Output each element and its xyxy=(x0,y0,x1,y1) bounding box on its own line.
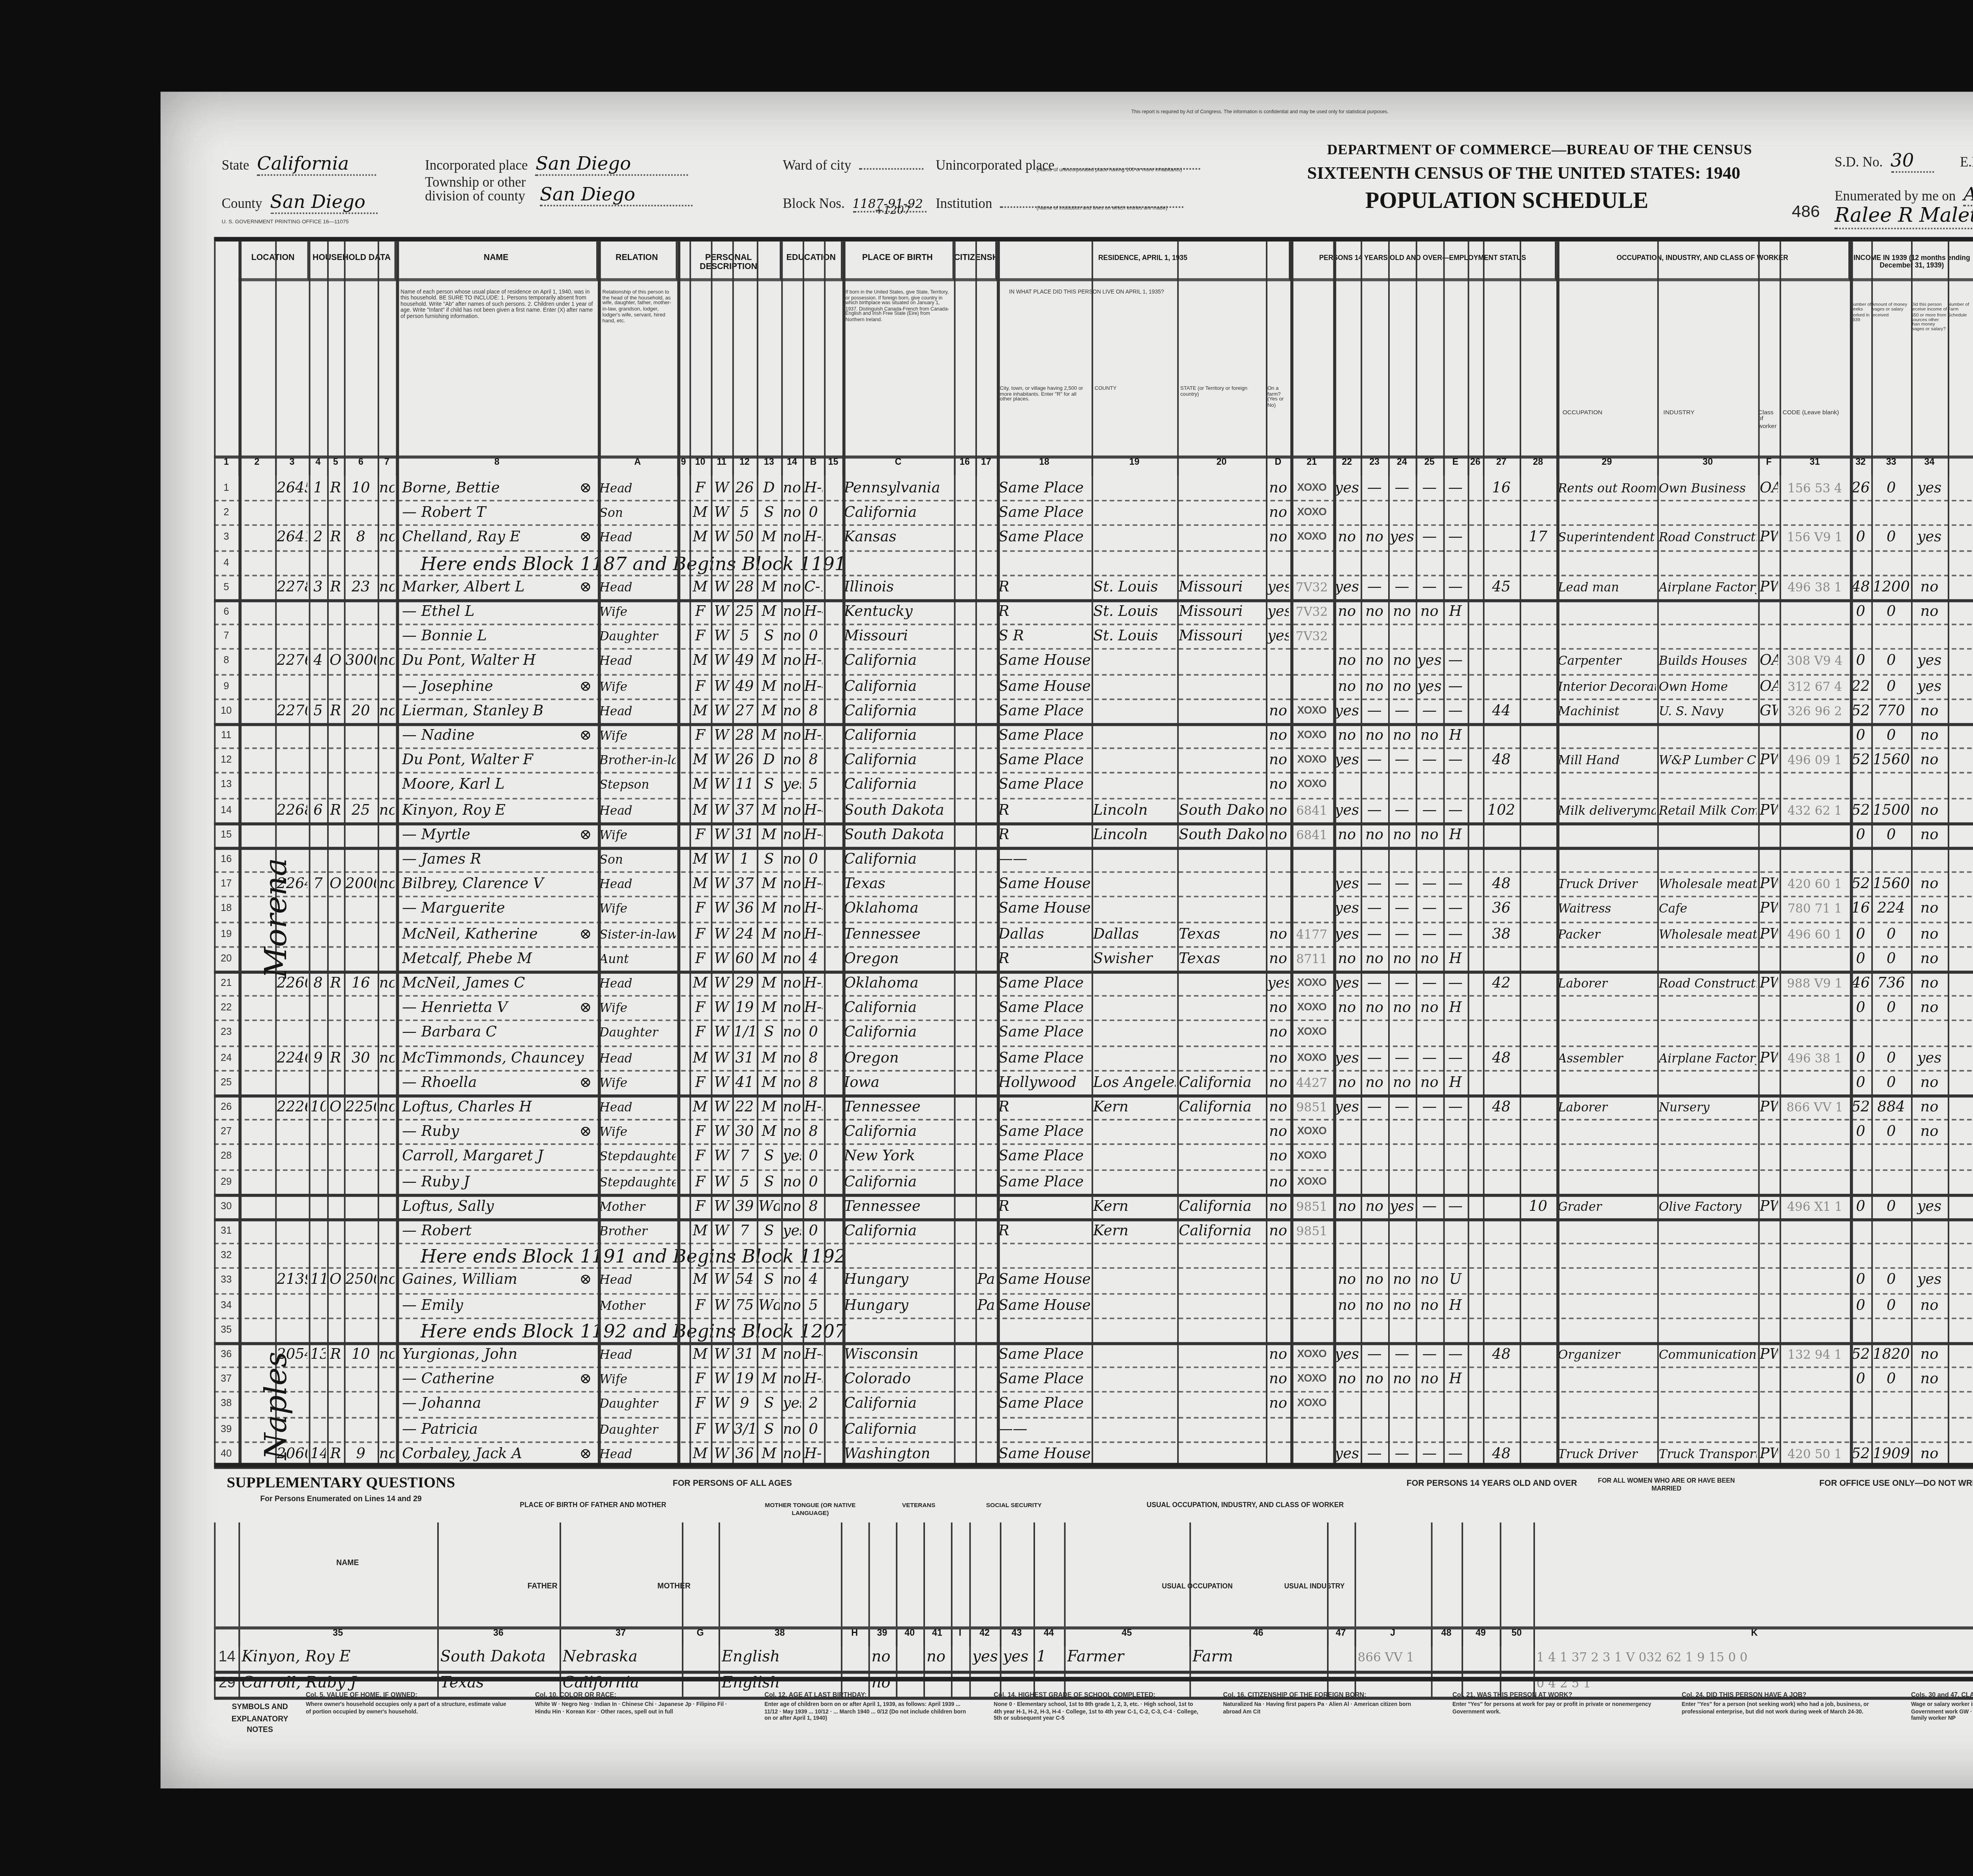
cell-tenure xyxy=(329,1392,343,1419)
cell-age: 26 xyxy=(734,475,755,503)
cell-code-d: XOXO xyxy=(1292,723,1332,751)
cell-residence-city: Same Place xyxy=(998,1020,1090,1048)
cell-wages xyxy=(1873,1392,1909,1419)
cell-race: W xyxy=(712,1218,730,1246)
cell-weeks-unemp xyxy=(1521,896,1555,924)
informant-mark-icon: ⊗ xyxy=(579,574,595,602)
cell-residence-city: Same Place xyxy=(998,1367,1090,1394)
cell-tenure: R xyxy=(329,698,343,726)
cell-occupation xyxy=(1558,1119,1656,1147)
cell-residence-city: R xyxy=(998,946,1090,973)
cell-residence-state: California xyxy=(1179,1193,1264,1221)
column-number: 17 xyxy=(975,456,998,475)
cell-pub-emerg: no xyxy=(1362,995,1387,1023)
cell-tenure xyxy=(329,624,343,651)
cell-industry: Nursery xyxy=(1659,1094,1757,1122)
cell-birthplace: Tennessee xyxy=(844,1193,953,1221)
note-column: Col. 10. COLOR OR RACE:White W · Negro N… xyxy=(535,1691,741,1715)
column-instructions: Amount of money wages or salary received xyxy=(1871,303,1911,318)
cell-code: 308 V9 4 xyxy=(1781,649,1848,676)
cell-age: 5 xyxy=(734,1169,755,1196)
cell-name: Chelland, Ray E xyxy=(397,525,601,552)
cell-code-d: XOXO xyxy=(1292,1367,1332,1394)
cell-activity: H xyxy=(1445,946,1466,973)
cell-house xyxy=(277,1144,307,1172)
cell-hh: 9 xyxy=(311,1045,326,1073)
cell-occupation xyxy=(1558,1218,1656,1246)
column-divider xyxy=(214,241,215,1465)
cell-residence-city: Same Place xyxy=(998,698,1090,726)
cell-street xyxy=(240,475,273,503)
cell-weeks: 46 xyxy=(1851,971,1870,998)
column-number: 14 xyxy=(781,456,804,475)
cell-seeking: no xyxy=(1390,599,1414,627)
column-divider xyxy=(969,1522,971,1698)
cell-street xyxy=(240,1268,273,1295)
cell-farm xyxy=(379,1070,395,1097)
column-number xyxy=(1948,456,1973,475)
cell-pub-emerg: no xyxy=(1362,649,1387,676)
cell-hours xyxy=(1484,1020,1518,1048)
cell-line: 6 xyxy=(215,599,237,627)
cell-relation: Wife xyxy=(599,822,676,850)
note-title: Col. 21. WAS THIS PERSON AT WORK? xyxy=(1453,1691,1659,1698)
cell-weeks-unemp xyxy=(1521,872,1555,899)
cell-house xyxy=(277,723,307,751)
cell-marital: M xyxy=(758,525,780,552)
cell-hh xyxy=(311,1218,326,1246)
cell-hours xyxy=(1484,1193,1518,1221)
cell-wages: 224 xyxy=(1873,896,1909,924)
cell-farm: no xyxy=(379,1094,395,1122)
table-row: 7— Bonnie LDaughterFW5Sno0MissouriS RSt.… xyxy=(214,624,1973,650)
cell-pub-emerg: — xyxy=(1362,1045,1387,1073)
cell-residence-city: Hollywood xyxy=(998,1070,1090,1097)
cell-line: 31 xyxy=(215,1218,237,1246)
cell-school: no xyxy=(783,872,801,899)
cell-residence-city: Same Place xyxy=(998,748,1090,775)
cell-residence-city: Same House xyxy=(998,1292,1090,1320)
department-title: DEPARTMENT OF COMMERCE—BUREAU OF THE CEN… xyxy=(1327,144,1752,159)
cell-tenure xyxy=(329,1367,343,1394)
cell-citizenship xyxy=(977,1392,995,1419)
cell-pub-emerg: no xyxy=(1362,946,1387,973)
cell-other-income xyxy=(1913,847,1946,874)
supp-cell-mother: Nebraska xyxy=(563,1645,680,1672)
cell-relation: Brother xyxy=(599,1218,676,1246)
cell-other-income: yes xyxy=(1913,475,1946,503)
cell-hours xyxy=(1484,1292,1518,1320)
cell-on-farm: no xyxy=(1267,921,1289,949)
cell-race: W xyxy=(712,772,730,800)
cell-name: — Nadine xyxy=(397,723,601,751)
column-group-header: EDUCATION xyxy=(781,241,842,281)
cell-occupation xyxy=(1558,1020,1656,1048)
cell-line: 29 xyxy=(215,1169,237,1196)
note-column: Col. 14. HIGHEST GRADE OF SCHOOL COMPLET… xyxy=(994,1691,1200,1722)
cell-code-d: XOXO xyxy=(1292,772,1332,800)
cell-race: W xyxy=(712,500,730,528)
cell-residence-county: St. Louis xyxy=(1093,574,1176,602)
column-number: B xyxy=(803,456,826,475)
column-number: 8 xyxy=(396,456,599,475)
cell-industry xyxy=(1659,1020,1757,1048)
cell-sex: M xyxy=(691,797,709,825)
cell-hh xyxy=(311,946,326,973)
cell-grade: H-4 xyxy=(804,921,822,949)
cell-race: W xyxy=(712,1392,730,1419)
cell-industry xyxy=(1659,847,1757,874)
cell-citizenship xyxy=(977,872,995,899)
cell-school: yes xyxy=(783,772,801,800)
cell-grade: 8 xyxy=(804,698,822,726)
cell-tenure: R xyxy=(329,971,343,998)
cell-other-income xyxy=(1913,1144,1946,1172)
cell-other-income xyxy=(1913,1169,1946,1196)
cell-tenure: R xyxy=(329,797,343,825)
cell-name: — Barbara C xyxy=(397,1020,601,1048)
cell-citizenship xyxy=(977,723,995,751)
cell-residence-state xyxy=(1179,1268,1264,1295)
cell-weeks: 0 xyxy=(1851,946,1870,973)
column-number: 36 xyxy=(437,1626,561,1646)
cell-residence-county: Lincoln xyxy=(1093,822,1176,850)
column-divider xyxy=(677,241,680,1465)
cell-school: no xyxy=(783,995,801,1023)
cell-residence-city: Same Place xyxy=(998,1144,1090,1172)
cell-code-d: XOXO xyxy=(1292,1119,1332,1147)
cell-wages: 736 xyxy=(1873,971,1909,998)
cell-marital: M xyxy=(758,872,780,899)
cell-hh xyxy=(311,1292,326,1320)
note-text: Wage or salary worker in private work PW… xyxy=(1911,1702,1973,1722)
cell-pub-emerg: — xyxy=(1362,971,1387,998)
column-number: 48 xyxy=(1431,1626,1463,1646)
cell-birthplace: Hungary xyxy=(844,1268,953,1295)
cell-residence-city: —— xyxy=(998,1416,1090,1444)
cell-residence-state xyxy=(1179,1292,1264,1320)
cell-hours xyxy=(1484,624,1518,651)
cell-seeking: — xyxy=(1390,1342,1414,1370)
cell-marital: M xyxy=(758,698,780,726)
cell-weeks xyxy=(1851,1144,1870,1172)
cell-name: Lierman, Stanley B xyxy=(397,698,601,726)
cell-hours xyxy=(1484,1144,1518,1172)
cell-school: no xyxy=(783,971,801,998)
cell-weeks-unemp xyxy=(1521,1292,1555,1320)
cell-wages: 0 xyxy=(1873,822,1909,850)
cell-tenure xyxy=(329,995,343,1023)
cell-house xyxy=(277,1292,307,1320)
cell-weeks-unemp xyxy=(1521,698,1555,726)
column-divider xyxy=(1556,241,1559,1465)
column-instructions: COUNTY xyxy=(1095,387,1174,392)
cell-residence-state: Missouri xyxy=(1179,574,1264,602)
cell-seeking xyxy=(1390,1416,1414,1444)
cell-hours: 102 xyxy=(1484,797,1518,825)
cell-grade: 0 xyxy=(804,624,822,651)
cell-school: no xyxy=(783,500,801,528)
cell-age: 54 xyxy=(734,1268,755,1295)
cell-age: 39 xyxy=(734,1193,755,1221)
column-divider xyxy=(824,241,826,1465)
table-row: 126451R10noBorne, Bettie⊗HeadFW26DnoH-3P… xyxy=(214,475,1973,502)
cell-citizenship xyxy=(977,475,995,503)
cell-value: 25 xyxy=(346,797,376,825)
cell-citizenship xyxy=(977,1144,995,1172)
cell-activity: — xyxy=(1445,698,1466,726)
cell-name: — Ethel L xyxy=(397,599,601,627)
cell-seeking: — xyxy=(1390,872,1414,899)
cell-name: McNeil, James C xyxy=(397,971,601,998)
cell-tenure xyxy=(329,847,343,874)
cell-weeks: 0 xyxy=(1851,723,1870,751)
cell-wages: 0 xyxy=(1873,723,1909,751)
cell-birthplace: California xyxy=(844,772,953,800)
cell-relation: Brother-in-law xyxy=(599,748,676,775)
confidentiality-notice: This report is required by Act of Congre… xyxy=(1131,110,1973,116)
cell-age: 31 xyxy=(734,822,755,850)
cell-occupation: Grader xyxy=(1558,1193,1656,1221)
cell-residence-state xyxy=(1179,475,1264,503)
cell-other-income: no xyxy=(1913,599,1946,627)
cell-industry xyxy=(1659,1144,1757,1172)
cell-citizenship: Pa xyxy=(977,1292,995,1320)
cell-tenure: R xyxy=(329,1342,343,1370)
cell-line: 30 xyxy=(215,1193,237,1221)
cell-other-income: no xyxy=(1913,1367,1946,1394)
cell-hh xyxy=(311,748,326,775)
cell-value: 30 xyxy=(346,1045,376,1073)
cell-farm xyxy=(379,599,395,627)
cell-house xyxy=(277,500,307,528)
cell-age: 31 xyxy=(734,1342,755,1370)
cell-line: 10 xyxy=(215,698,237,726)
cell-race: W xyxy=(712,847,730,874)
cell-citizenship xyxy=(977,847,995,874)
cell-activity: H xyxy=(1445,1070,1466,1097)
cell-code-d: XOXO xyxy=(1292,748,1332,775)
supp-cell-veteran: no xyxy=(871,1645,894,1672)
cell-seeking xyxy=(1390,500,1414,528)
cell-school: no xyxy=(783,525,801,552)
cell-residence-state xyxy=(1179,1392,1264,1419)
cell-residence-state: California xyxy=(1179,1218,1264,1246)
column-number: 31 xyxy=(1780,456,1851,475)
cell-marital: M xyxy=(758,649,780,676)
cell-on-farm: no xyxy=(1267,698,1289,726)
cell-residence-state xyxy=(1179,698,1264,726)
cell-value xyxy=(346,599,376,627)
cell-has-job: — xyxy=(1417,971,1442,998)
cell-value xyxy=(346,1169,376,1196)
cell-at-work: yes xyxy=(1335,1094,1359,1122)
cell-age: 28 xyxy=(734,574,755,602)
cell-other-income xyxy=(1913,772,1946,800)
column-divider xyxy=(757,241,758,1465)
cell-relation: Aunt xyxy=(599,946,676,973)
cell-weeks-unemp xyxy=(1521,772,1555,800)
cell-tenure xyxy=(329,1193,343,1221)
cell-house: 2268 xyxy=(277,797,307,825)
column-number: 37 xyxy=(560,1626,683,1646)
cell-school: no xyxy=(783,946,801,973)
line-number: 32 xyxy=(214,1243,238,1271)
cell-industry xyxy=(1659,500,1757,528)
township-value: San Diego xyxy=(540,183,693,206)
cell-residence-city: R xyxy=(998,574,1090,602)
cell-class: PW xyxy=(1760,1193,1778,1221)
column-divider xyxy=(896,1522,897,1698)
cell-name: — Johanna xyxy=(397,1392,601,1419)
block-note-row: 35Here ends Block 1192 and Begins Block … xyxy=(214,1317,1973,1345)
cell-street xyxy=(240,1144,273,1172)
cell-class: OA xyxy=(1760,673,1778,701)
cell-marital: S xyxy=(758,1416,780,1444)
column-number: 1 xyxy=(214,456,240,475)
cell-age: 1 xyxy=(734,847,755,874)
cell-race: W xyxy=(712,797,730,825)
cell-tenure xyxy=(329,673,343,701)
cell-residence-county: Kern xyxy=(1093,1094,1176,1122)
column-divider xyxy=(1177,241,1179,1465)
cell-residence-state xyxy=(1179,1169,1264,1196)
cell-name: Metcalf, Phebe M xyxy=(397,946,601,973)
cell-residence-city: Same Place xyxy=(998,1169,1090,1196)
cell-pub-emerg: no xyxy=(1362,1268,1387,1295)
note-text: Enter "Yes" for persons at work for pay … xyxy=(1453,1702,1659,1715)
note-text: Enter "Yes" for a person (not seeking wo… xyxy=(1682,1702,1888,1715)
cell-school: yes xyxy=(783,1392,801,1419)
cell-birthplace: California xyxy=(844,1392,953,1419)
table-row: 326412R8noChelland, Ray E⊗HeadMW50MnoH-3… xyxy=(214,525,1973,551)
cell-residence-city: Same Place xyxy=(998,525,1090,552)
column-number: 44 xyxy=(1033,1626,1065,1646)
column-divider xyxy=(719,1522,720,1698)
column-divider xyxy=(869,1522,870,1698)
cell-residence-state: Texas xyxy=(1179,921,1264,949)
cell-age: 19 xyxy=(734,1367,755,1394)
cell-citizenship xyxy=(977,896,995,924)
cell-weeks-unemp xyxy=(1521,1070,1555,1097)
cell-pub-emerg xyxy=(1362,1218,1387,1246)
column-number: C xyxy=(842,456,956,475)
cell-tenure xyxy=(329,1070,343,1097)
cell-other-income xyxy=(1913,624,1946,651)
column-number: 34 xyxy=(1911,456,1949,475)
cell-residence-county xyxy=(1093,1144,1176,1172)
column-divider xyxy=(598,241,600,1465)
cell-relation: Mother xyxy=(599,1292,676,1320)
cell-farm: no xyxy=(379,797,395,825)
cell-on-farm xyxy=(1267,1292,1289,1320)
cell-weeks xyxy=(1851,1169,1870,1196)
cell-weeks: 0 xyxy=(1851,921,1870,949)
cell-residence-state: California xyxy=(1179,1070,1264,1097)
cell-seeking: no xyxy=(1390,995,1414,1023)
cell-residence-city: R xyxy=(998,797,1090,825)
cell-age: 26 xyxy=(734,748,755,775)
cell-tenure xyxy=(329,896,343,924)
cell-activity: — xyxy=(1445,1094,1466,1122)
cell-pub-emerg xyxy=(1362,772,1387,800)
cell-code: 156 53 4 xyxy=(1781,475,1848,503)
cell-industry xyxy=(1659,624,1757,651)
cell-house xyxy=(277,673,307,701)
cell-at-work: no xyxy=(1335,649,1359,676)
cell-code-d xyxy=(1292,896,1332,924)
cell-code xyxy=(1781,847,1848,874)
cell-at-work: yes xyxy=(1335,1045,1359,1073)
cell-weeks: 0 xyxy=(1851,1193,1870,1221)
cell-street xyxy=(240,723,273,751)
cell-farm xyxy=(379,1367,395,1394)
cell-industry xyxy=(1659,1169,1757,1196)
cell-farm xyxy=(379,847,395,874)
column-number: 26 xyxy=(1468,456,1484,475)
cell-name: — Ruby J xyxy=(397,1169,601,1196)
cell-citizenship xyxy=(977,574,995,602)
cell-name: — Robert xyxy=(397,1218,601,1246)
cell-wages: 0 xyxy=(1873,673,1909,701)
column-instructions: On a farm? (Yes or No) xyxy=(1267,387,1289,410)
cell-school: no xyxy=(783,1070,801,1097)
note-title: Col. 24. DID THIS PERSON HAVE A JOB? xyxy=(1682,1691,1888,1698)
cell-has-job: — xyxy=(1417,698,1442,726)
cell-line: 11 xyxy=(215,723,237,751)
cell-weeks-unemp xyxy=(1521,1392,1555,1419)
cell-pub-emerg: — xyxy=(1362,698,1387,726)
cell-wages xyxy=(1873,847,1909,874)
line-number: 35 xyxy=(214,1317,238,1345)
cell-class: PW xyxy=(1760,797,1778,825)
cell-code-d xyxy=(1292,1292,1332,1320)
informant-mark-icon: ⊗ xyxy=(579,723,595,751)
cell-industry xyxy=(1659,723,1757,751)
cell-residence-state xyxy=(1179,1367,1264,1394)
cell-class: PW xyxy=(1760,748,1778,775)
column-number: 39 xyxy=(869,1626,898,1646)
column-instructions: Class of worker xyxy=(1758,410,1780,430)
cell-activity xyxy=(1445,500,1466,528)
supp-cell-ss-number: yes xyxy=(972,1645,998,1672)
cell-seeking: no xyxy=(1390,649,1414,676)
cell-occupation xyxy=(1558,847,1656,874)
cell-occupation: Milk deliveryman xyxy=(1558,797,1656,825)
cell-marital: S xyxy=(758,1218,780,1246)
table-row: 37— Catherine⊗WifeFW19MnoH-3ColoradoSame… xyxy=(214,1367,1973,1393)
cell-name: — Patricia xyxy=(397,1416,601,1444)
cell-age: 37 xyxy=(734,797,755,825)
cell-citizenship xyxy=(977,1045,995,1073)
informant-mark-icon: ⊗ xyxy=(579,995,595,1023)
cell-hours: 48 xyxy=(1484,748,1518,775)
cell-weeks xyxy=(1851,1218,1870,1246)
cell-grade: 0 xyxy=(804,1144,822,1172)
column-number: 33 xyxy=(1871,456,1913,475)
census-title: SIXTEENTH CENSUS OF THE UNITED STATES: 1… xyxy=(1307,165,1741,183)
cell-code xyxy=(1781,1144,1848,1172)
cell-hh xyxy=(311,995,326,1023)
cell-at-work: yes xyxy=(1335,748,1359,775)
cell-code: 420 60 1 xyxy=(1781,872,1848,899)
column-divider xyxy=(1533,1522,1535,1698)
cell-hh: 5 xyxy=(311,698,326,726)
column-divider xyxy=(1462,1522,1463,1698)
cell-farm xyxy=(379,1144,395,1172)
enumerator-field: Ralee R Malette Enumerator. xyxy=(1834,199,1973,229)
cell-code xyxy=(1781,946,1848,973)
